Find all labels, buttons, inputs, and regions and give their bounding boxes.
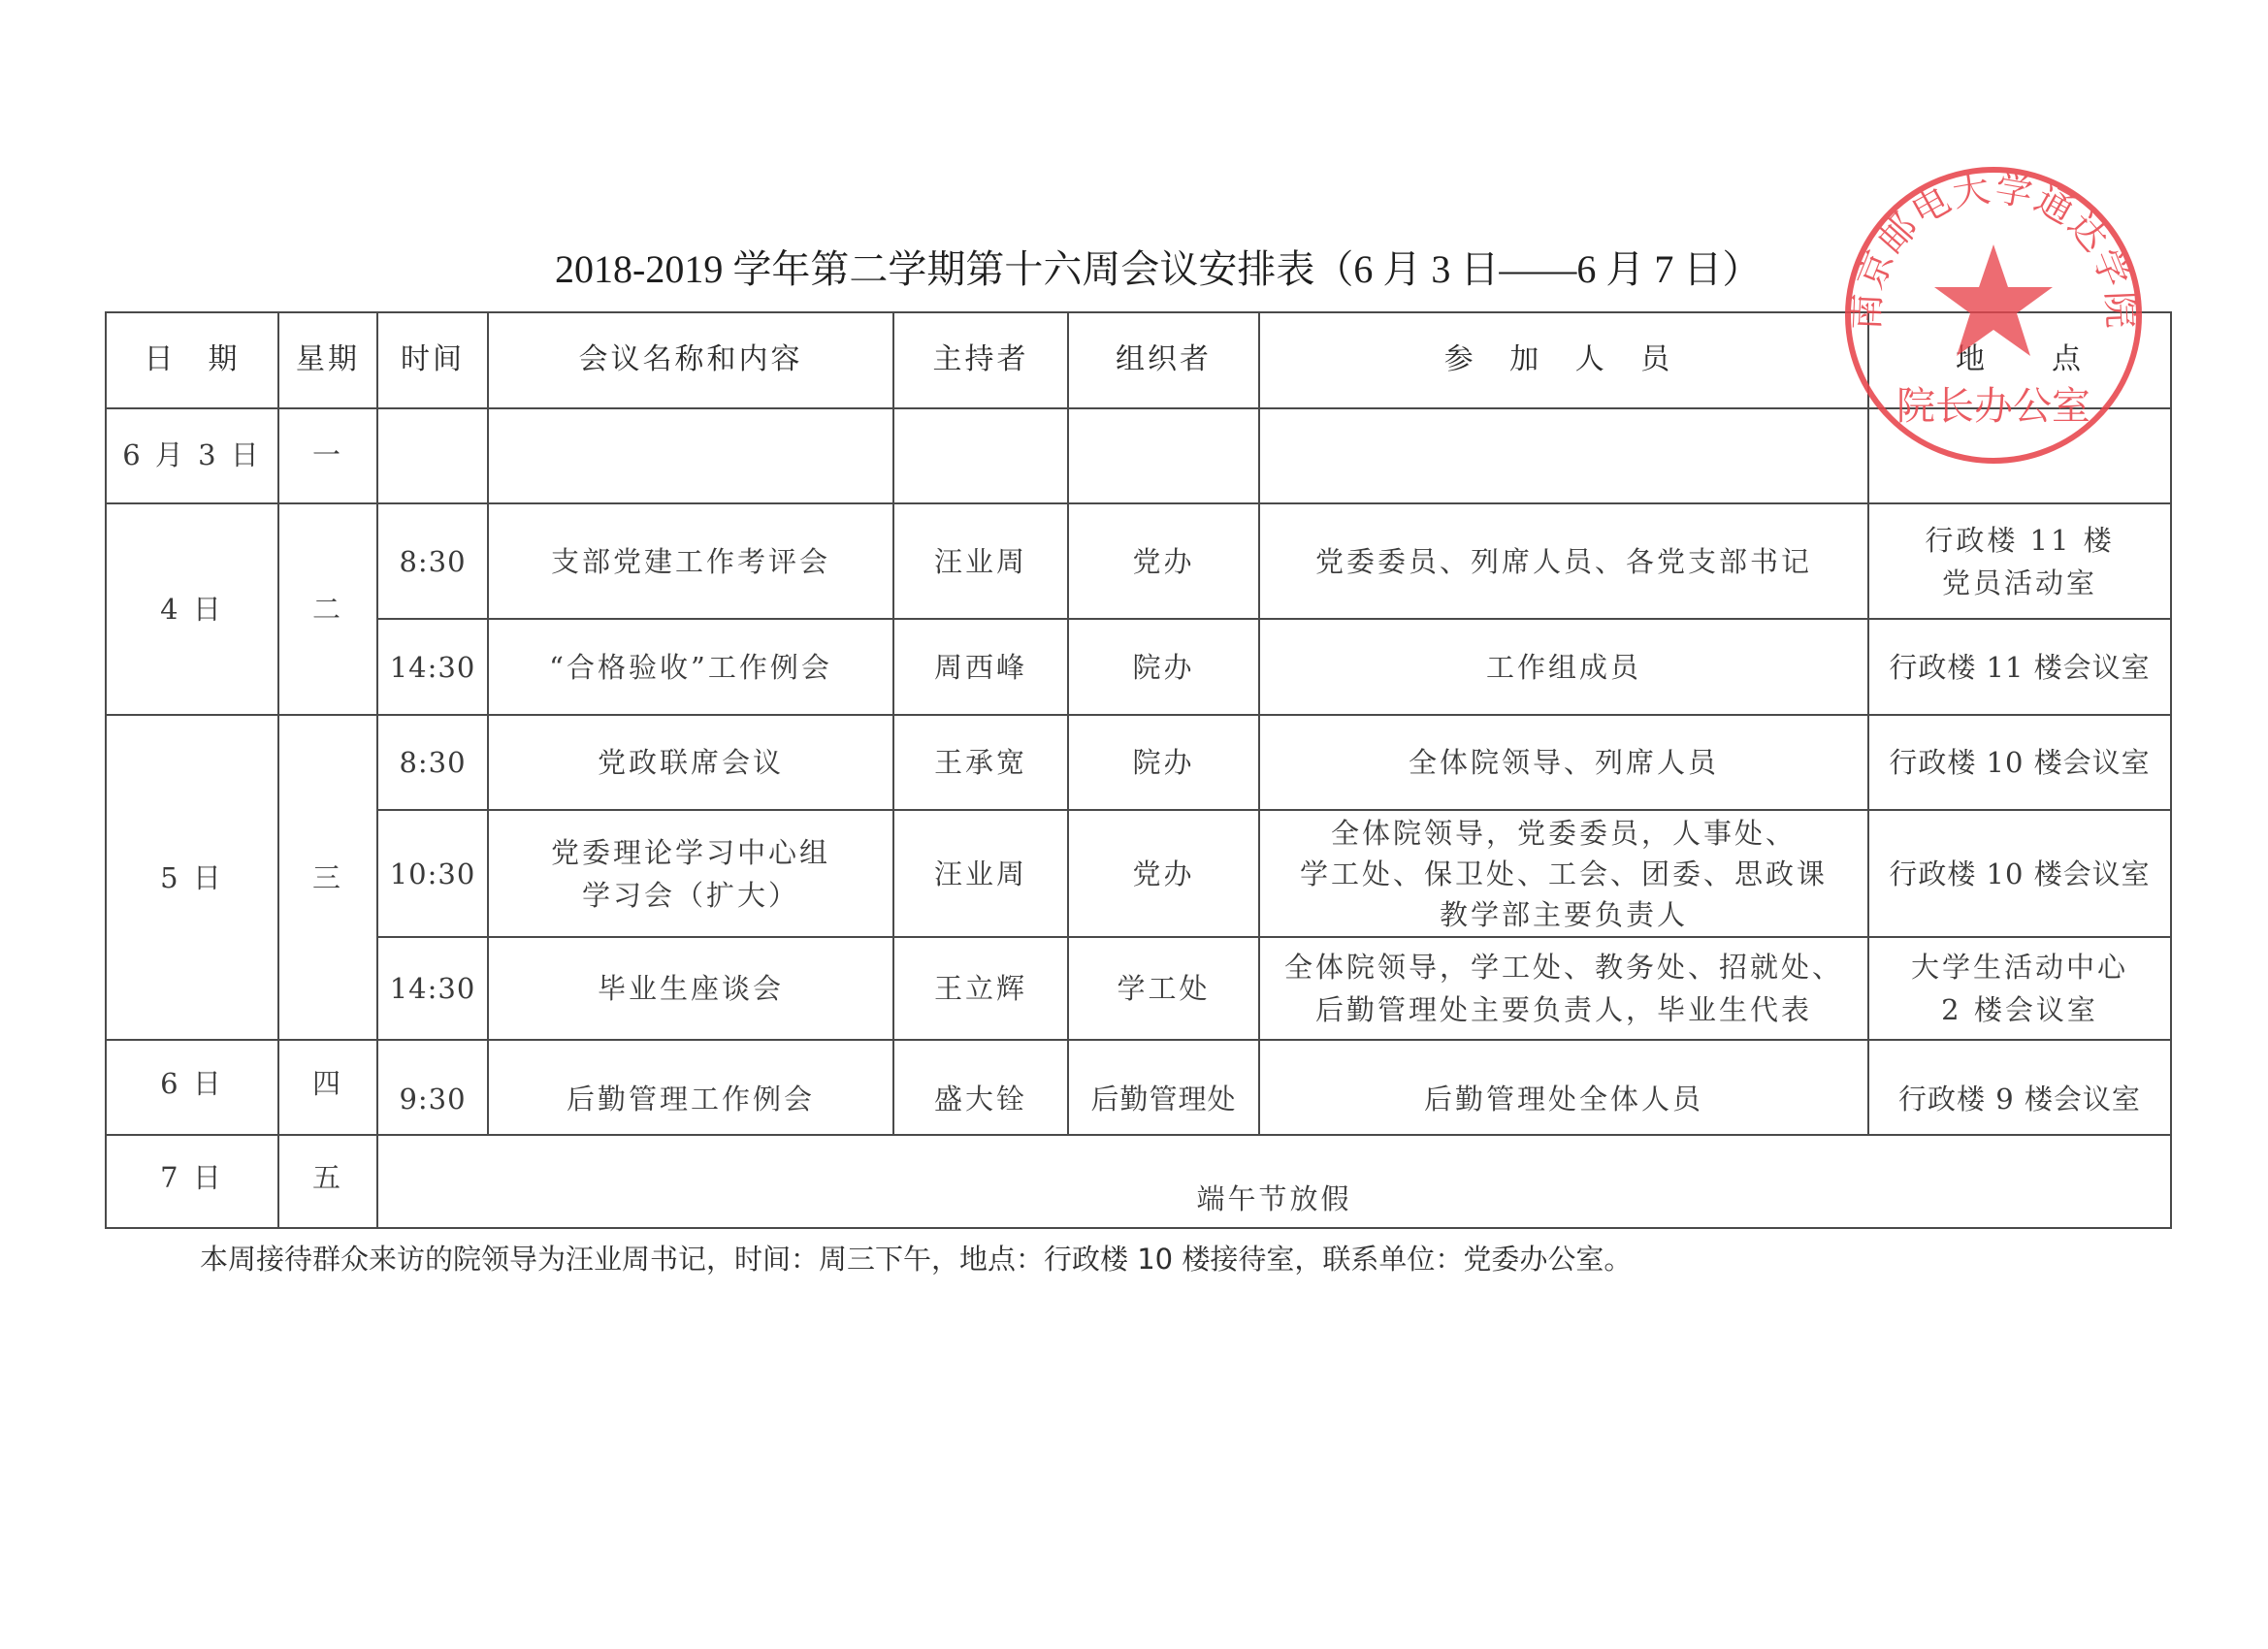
- location-line: 2 楼会议室: [1941, 988, 2098, 1031]
- meeting-name-line: 学习会（扩大）: [582, 874, 799, 917]
- meeting-organizer: 院办: [1069, 620, 1258, 714]
- participants-line: 全体院领导，党委委员，人事处、: [1331, 813, 1797, 854]
- meeting-participants: 工作组成员: [1260, 620, 1867, 714]
- header-host: 主持者: [894, 312, 1067, 407]
- location-line: 行政楼 11 楼: [1925, 519, 2114, 562]
- meeting-location: 行政楼 10 楼会议室: [1869, 716, 2170, 809]
- meeting-name: “合格验收”工作例会: [489, 620, 892, 714]
- meeting-location: 行政楼 11 楼 党员活动室: [1869, 504, 2170, 618]
- day-weekday: 三: [279, 716, 376, 1039]
- meeting-host: 汪业周: [894, 811, 1067, 936]
- day-date: 7 日: [107, 1136, 277, 1227]
- participants-line: 后勤管理处主要负责人，毕业生代表: [1315, 988, 1812, 1031]
- meeting-time: 9:30: [378, 1041, 487, 1134]
- day-weekday: 四: [279, 1041, 376, 1134]
- participants-line: 教学部主要负责人: [1440, 894, 1688, 935]
- footer-note: 本周接待群众来访的院领导为汪业周书记，时间：周三下午，地点：行政楼 10 楼接待…: [200, 1238, 1632, 1280]
- meeting-time: 14:30: [378, 938, 487, 1039]
- meeting-participants: 全体院领导、列席人员: [1260, 716, 1867, 809]
- meeting-location: 行政楼 10 楼会议室: [1869, 811, 2170, 936]
- location-line: 党员活动室: [1942, 562, 2097, 604]
- meeting-location: 大学生活动中心 2 楼会议室: [1869, 938, 2170, 1039]
- header-organizer: 组织者: [1069, 312, 1258, 407]
- meeting-host: 盛大铨: [894, 1041, 1067, 1134]
- header-date: 日 期: [107, 312, 277, 407]
- meeting-location: 行政楼 11 楼会议室: [1869, 620, 2170, 714]
- meeting-organizer: 党办: [1069, 811, 1258, 936]
- meeting-name-line: 党委理论学习中心组: [551, 831, 830, 874]
- meeting-participants: 全体院领导，学工处、教务处、招就处、 后勤管理处主要负责人，毕业生代表: [1260, 938, 1867, 1039]
- meeting-host: 周西峰: [894, 620, 1067, 714]
- meeting-host: 汪业周: [894, 504, 1067, 618]
- header-location: 地 点: [1869, 312, 2170, 407]
- meeting-host: 王承宽: [894, 716, 1067, 809]
- table-rule: [106, 407, 2172, 409]
- meeting-participants: 后勤管理处全体人员: [1260, 1041, 1867, 1134]
- meeting-name: 党政联席会议: [489, 716, 892, 809]
- meeting-organizer: 后勤管理处: [1069, 1041, 1258, 1134]
- day-weekday: 一: [279, 407, 376, 502]
- header-participants: 参 加 人 员: [1260, 312, 1867, 407]
- document-title: 2018-2019 学年第二学期第十六周会议安排表（6 月 3 日——6 月 7…: [555, 244, 1932, 295]
- meeting-participants: 党委委员、列席人员、各党支部书记: [1260, 504, 1867, 618]
- meeting-name: 支部党建工作考评会: [489, 504, 892, 618]
- day-date: 5 日: [107, 716, 277, 1039]
- meeting-location: 行政楼 9 楼会议室: [1869, 1041, 2170, 1134]
- day-date: 6 月 3 日: [107, 407, 277, 502]
- participants-line: 全体院领导，学工处、教务处、招就处、: [1284, 946, 1843, 988]
- day-date: 6 日: [107, 1041, 277, 1134]
- meeting-organizer: 院办: [1069, 716, 1258, 809]
- meeting-host: 王立辉: [894, 938, 1067, 1039]
- participants-line: 学工处、保卫处、工会、团委、思政课: [1300, 854, 1828, 894]
- meeting-name: 毕业生座谈会: [489, 938, 892, 1039]
- meeting-time: 8:30: [378, 504, 487, 618]
- meeting-name: 党委理论学习中心组 学习会（扩大）: [489, 811, 892, 936]
- meeting-organizer: 学工处: [1069, 938, 1258, 1039]
- meeting-name: 后勤管理工作例会: [489, 1041, 892, 1134]
- table-rule: [2170, 311, 2172, 1229]
- meeting-time: 14:30: [378, 620, 487, 714]
- meeting-organizer: 党办: [1069, 504, 1258, 618]
- meeting-participants: 全体院领导，党委委员，人事处、 学工处、保卫处、工会、团委、思政课 教学部主要负…: [1260, 811, 1867, 936]
- day-weekday: 五: [279, 1136, 376, 1227]
- day-date: 4 日: [107, 504, 277, 714]
- header-time: 时间: [378, 312, 487, 407]
- header-meeting: 会议名称和内容: [489, 312, 892, 407]
- day-weekday: 二: [279, 504, 376, 714]
- meeting-time: 8:30: [378, 716, 487, 809]
- header-weekday: 星期: [279, 312, 376, 407]
- meeting-time: 10:30: [378, 811, 487, 936]
- table-rule: [106, 1227, 2172, 1229]
- holiday-note: 端午节放假: [378, 1136, 2170, 1227]
- location-line: 大学生活动中心: [1911, 946, 2128, 988]
